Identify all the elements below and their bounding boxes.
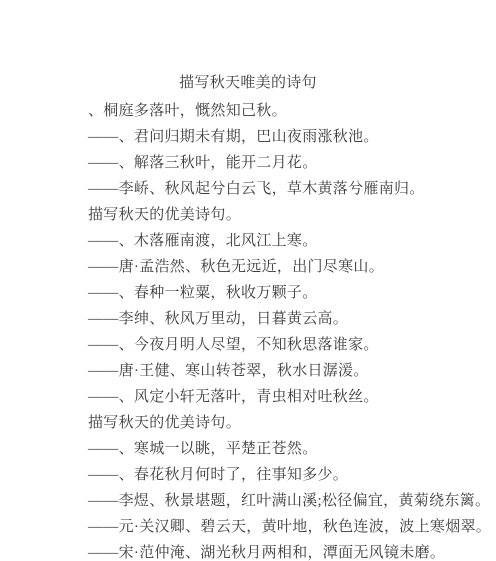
- section-heading: 描写秋天的优美诗句。: [88, 410, 460, 436]
- poem-line: ——李峤、秋风起兮白云飞，草木黄落兮雁南归。: [88, 176, 460, 202]
- page-title: 描写秋天唯美的诗句: [0, 70, 496, 96]
- poem-line: ——李煜、秋景堪题，红叶满山溪;松径偏宜，黄菊绕东篱。: [88, 488, 460, 514]
- poem-line: ——唐·王健、寒山转苍翠，秋水日潺湲。: [88, 358, 460, 384]
- document-page: 描写秋天唯美的诗句 、桐庭多落叶，慨然知己秋。 ——、君问归期未有期，巴山夜雨涨…: [0, 0, 496, 561]
- poem-line: 、桐庭多落叶，慨然知己秋。: [88, 98, 460, 124]
- document-body: 、桐庭多落叶，慨然知己秋。 ——、君问归期未有期，巴山夜雨涨秋池。 ——、解落三…: [0, 98, 496, 561]
- section-heading: 描写秋天的优美诗句。: [88, 202, 460, 228]
- poem-line: ——李绅、秋风万里动，日暮黄云高。: [88, 306, 460, 332]
- poem-line: ——、春花秋月何时了，往事知多少。: [88, 462, 460, 488]
- poem-line: ——唐·孟浩然、秋色无远近，出门尽寒山。: [88, 254, 460, 280]
- poem-line: ——、寒城一以眺，平楚正苍然。: [88, 436, 460, 462]
- poem-line: ——、今夜月明人尽望，不知秋思落谁家。: [88, 332, 460, 358]
- poem-line: ——、木落雁南渡，北风江上寒。: [88, 228, 460, 254]
- poem-line: ——、风定小轩无落叶，青虫相对吐秋丝。: [88, 384, 460, 410]
- poem-line: ——、解落三秋叶，能开二月花。: [88, 150, 460, 176]
- poem-line: ——、君问归期未有期，巴山夜雨涨秋池。: [88, 124, 460, 150]
- poem-line: ——、春种一粒粟，秋收万颗子。: [88, 280, 460, 306]
- poem-line: ——元·关汉卿、碧云天，黄叶地，秋色连波，波上寒烟翠。: [88, 514, 460, 540]
- poem-line: ——宋·范仲淹、湖光秋月两相和，潭面无风镜未磨。: [88, 540, 460, 561]
